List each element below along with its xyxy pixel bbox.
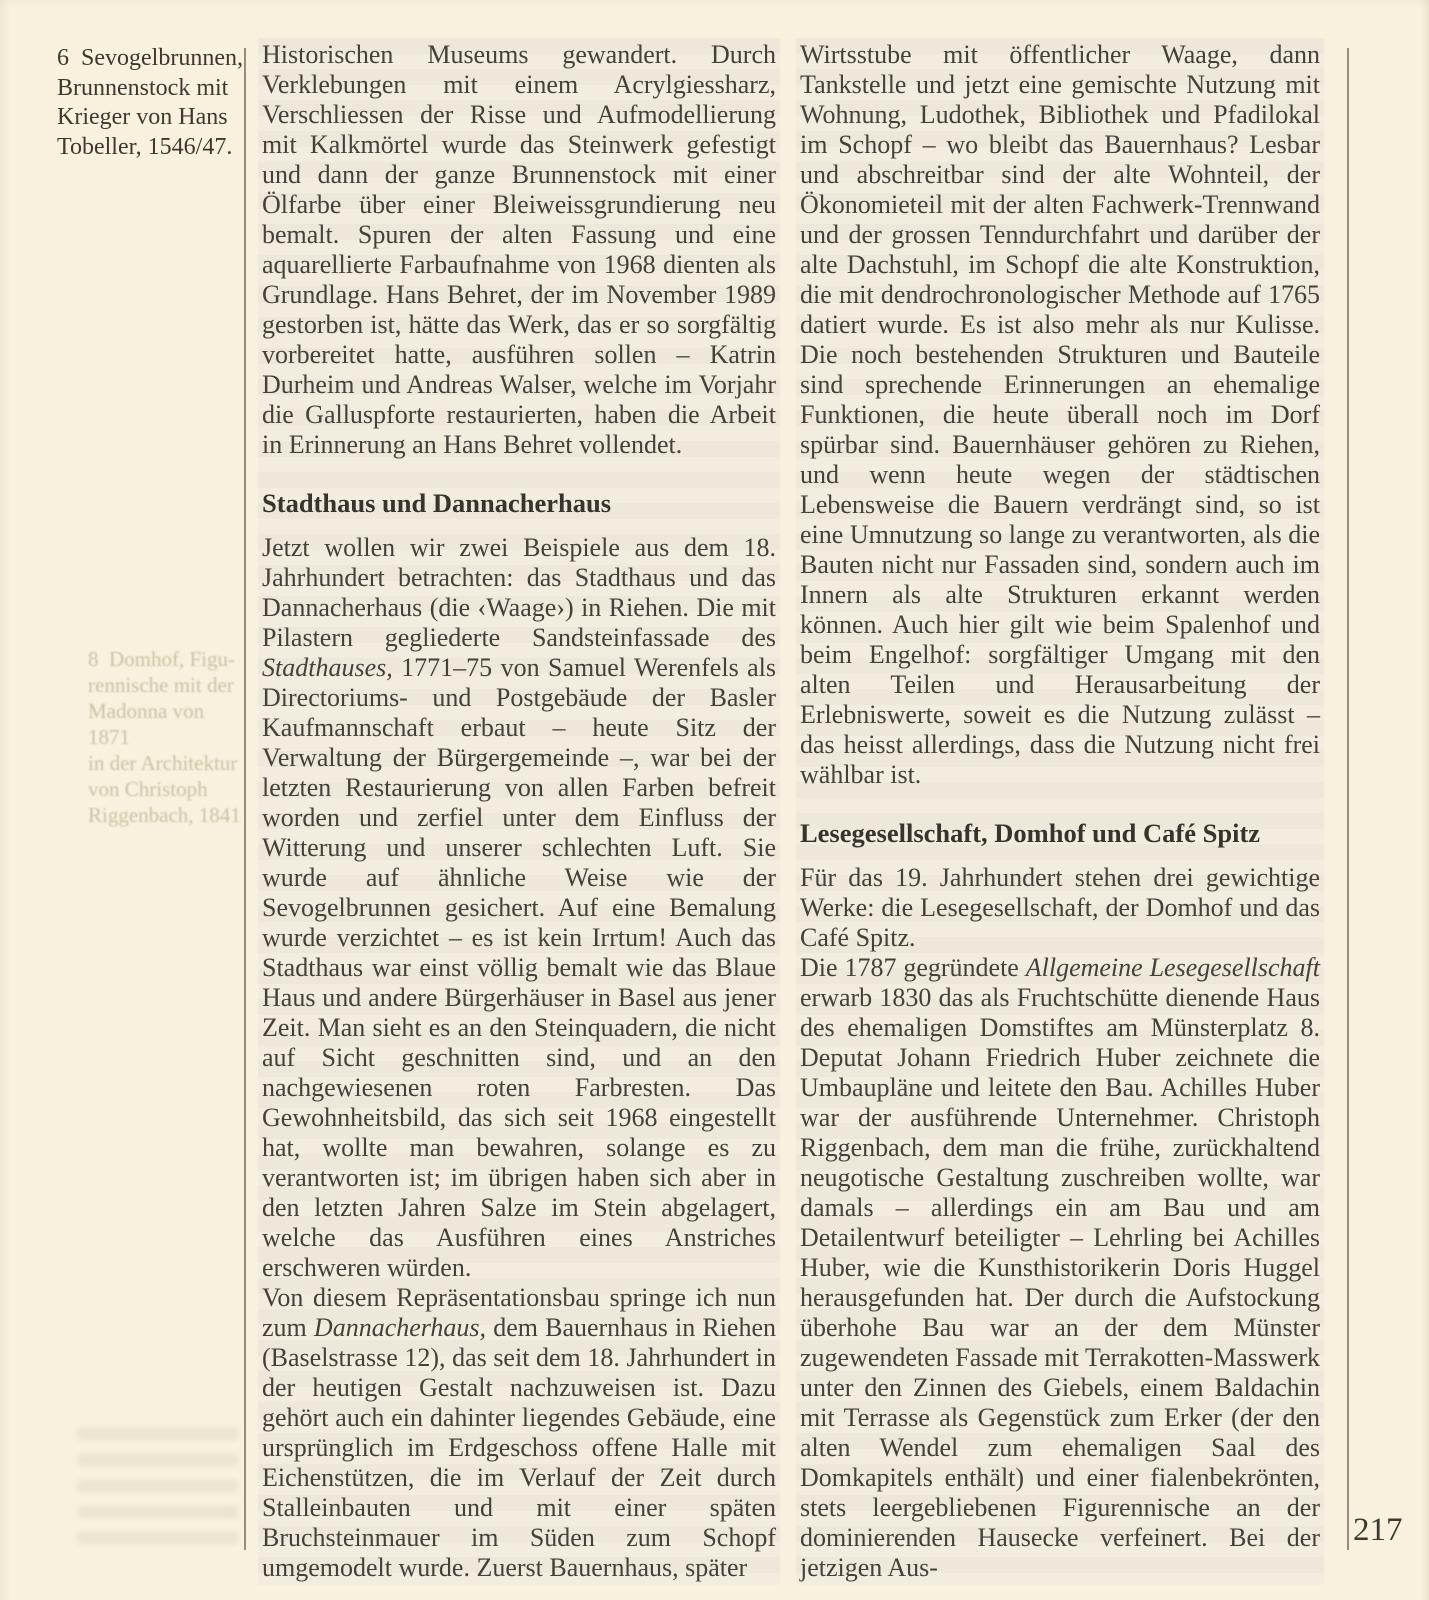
- bleedthrough-smudge: [78, 1428, 238, 1550]
- section-heading-stadthaus: Stadthaus und Dannacherhaus: [262, 488, 776, 518]
- section-heading-lesegesellschaft: Lesegesellschaft, Domhof und Café Spitz: [800, 818, 1320, 848]
- paragraph-drei-werke: Für das 19. Jahrhundert stehen drei gewi…: [800, 863, 1320, 953]
- bleedthrough-caption: 8 Domhof, Figu- rennische mit der Madonn…: [88, 646, 248, 828]
- page-number: 217: [1353, 1512, 1403, 1549]
- paragraph-lesegesellschaft: Die 1787 gegründete Allgemeine Lesegesel…: [800, 953, 1320, 1583]
- paragraph-dannacherhaus: Von diesem Repräsentationsbau springe ic…: [262, 1283, 776, 1583]
- text-column-left: Historischen Museums gewandert. Durch Ve…: [258, 38, 780, 1585]
- book-page-scan: 6 Sevogelbrunnen, Brunnenstock mit Krieg…: [0, 0, 1429, 1600]
- paragraph-restoration: Historischen Museums gewandert. Durch Ve…: [262, 40, 776, 460]
- figure-caption: 6 Sevogelbrunnen, Brunnenstock mit Krieg…: [57, 44, 247, 162]
- column-divider-right-rule: [1347, 48, 1349, 1550]
- text-column-right: Wirtsstube mit öffentlicher Waage, dann …: [796, 38, 1324, 1585]
- paragraph-stadthaus: Jetzt wollen wir zwei Beispiele aus dem …: [262, 533, 776, 1283]
- paragraph-bauernhaus: Wirtsstube mit öffentlicher Waage, dann …: [800, 40, 1320, 790]
